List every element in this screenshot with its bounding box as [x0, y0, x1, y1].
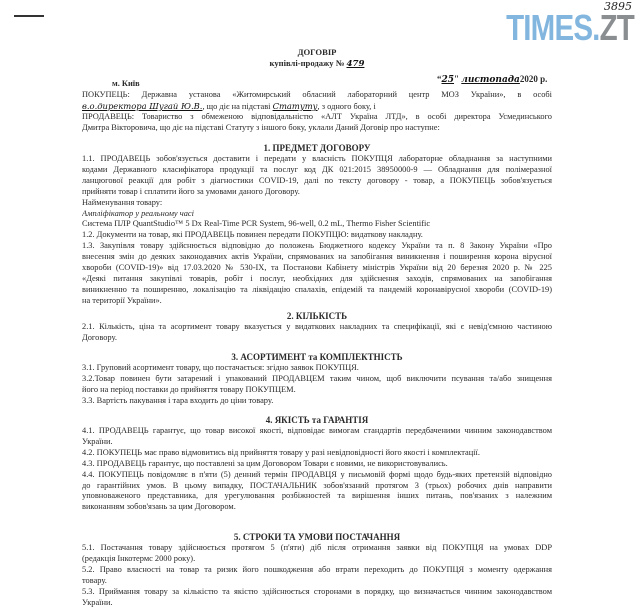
clause-line: 5.3. Приймання товару за кількістю та як… [82, 587, 552, 598]
clause-line: уповноваженого представника, для урегулю… [82, 491, 552, 502]
buyer-rep-line: в.о.директора Шугай Ю.В., що діє на підс… [82, 101, 552, 113]
clause-line: на території України». [82, 296, 552, 307]
clause-line: 5.2. Право власності на товар та ризик й… [82, 565, 552, 576]
clause-line: 1.3. Закупівля товару здійснюється відпо… [82, 241, 552, 252]
clause-line: виникненню та поширенню, локалізацію та … [82, 285, 552, 296]
clause-line: Договору. [82, 333, 552, 344]
clause-line: товару. [82, 576, 552, 587]
clause-line: України. [82, 437, 552, 448]
clause-line: Система ПЛР QuantStudio™ 5 Dx Real-Time … [82, 219, 552, 230]
clause-line: ланцюгової реакції для робіт з діагности… [82, 176, 552, 187]
clause-line: України. [82, 598, 552, 609]
seller-line: ПРОДАВЕЦЬ: Товариство з обмеженою відпов… [82, 112, 552, 123]
section-heading: 4. ЯКІСТЬ та ГАРАНТІЯ [82, 415, 552, 426]
clause-line: «Деякі питання закупівлі товарів, робіт … [82, 274, 552, 285]
section-heading: 2. КІЛЬКІСТЬ [82, 311, 552, 322]
clause-line: внесення змін до деяких законодавчих акт… [82, 252, 552, 263]
clause-line: 3.2.Товар повинен бути затарений і упако… [82, 374, 552, 385]
contract-date: “25" листопада2020 р. [437, 74, 547, 86]
section-heading: 5. СТРОКИ ТА УМОВИ ПОСТАЧАННЯ [82, 532, 552, 543]
clause-line: кодами Державного класифікатора продукці… [82, 165, 552, 176]
clause-line: виконанням зобов'язань за цим Договором. [82, 502, 552, 513]
city: м. Київ [112, 79, 140, 90]
clause-line: 3.3. Вартість пакування і тара входить д… [82, 396, 552, 407]
clause-line: 4.2. ПОКУПЕЦЬ має право відмовитись від … [82, 448, 552, 459]
clause-line: 3.1. Груповий асортимент товару, що пост… [82, 363, 552, 374]
clause-line: 2.1. Кількість, ціна та асортимент товар… [82, 322, 552, 333]
buyer-line: ПОКУПЕЦЬ: Державна установа «Житомирськи… [82, 90, 552, 101]
clause-line: 4.3. ПРОДАВЕЦЬ гарантує, що поставлені з… [82, 459, 552, 470]
times-zt-logo: TIMES.ZT [506, 10, 634, 46]
scan-mark [14, 15, 44, 17]
clause-line: хвороби (COVID-19)» від 17.03.2020 № 530… [82, 263, 552, 274]
clause-line: 4.1. ПРОДАВЕЦЬ гарантує, що товар високо… [82, 426, 552, 437]
section-heading: 1. ПРЕДМЕТ ДОГОВОРУ [82, 143, 552, 154]
clause-line: 1.1. ПРОДАВЕЦЬ зобов'язується доставити … [82, 154, 552, 165]
contract-number: 479 [347, 59, 365, 69]
clause-line: (редакція Інкотермс 2000 року). [82, 554, 552, 565]
contract-title: ДОГОВІР [82, 47, 552, 58]
clause-line: Ампліфікатор у реальному часі [82, 209, 552, 220]
section-heading: 3. АСОРТИМЕНТ та КОМПЛЕКТНІСТЬ [82, 352, 552, 363]
clause-line: його на період поставки до прийняття тов… [82, 385, 552, 396]
clause-line: до гарантійних умов. В цьому випадку, ПО… [82, 481, 552, 492]
clause-line: 5.1. Постачання товару здійснюється прот… [82, 543, 552, 554]
clause-line: 1.2. Документи на товар, які ПРОДАВЕЦЬ п… [82, 230, 552, 241]
clause-line: Найменування товару: [82, 198, 552, 209]
clause-line: прийняти товар і сплатити його за умовам… [82, 187, 552, 198]
clause-line: 4.4. ПОКУПЕЦЬ повідомляє в п'яти (5) ден… [82, 470, 552, 481]
seller-line-2: Дмитра Вікторовича, що діє на підставі С… [82, 123, 552, 134]
contract-subtitle: купівлі-продажу № 479 [82, 58, 552, 70]
